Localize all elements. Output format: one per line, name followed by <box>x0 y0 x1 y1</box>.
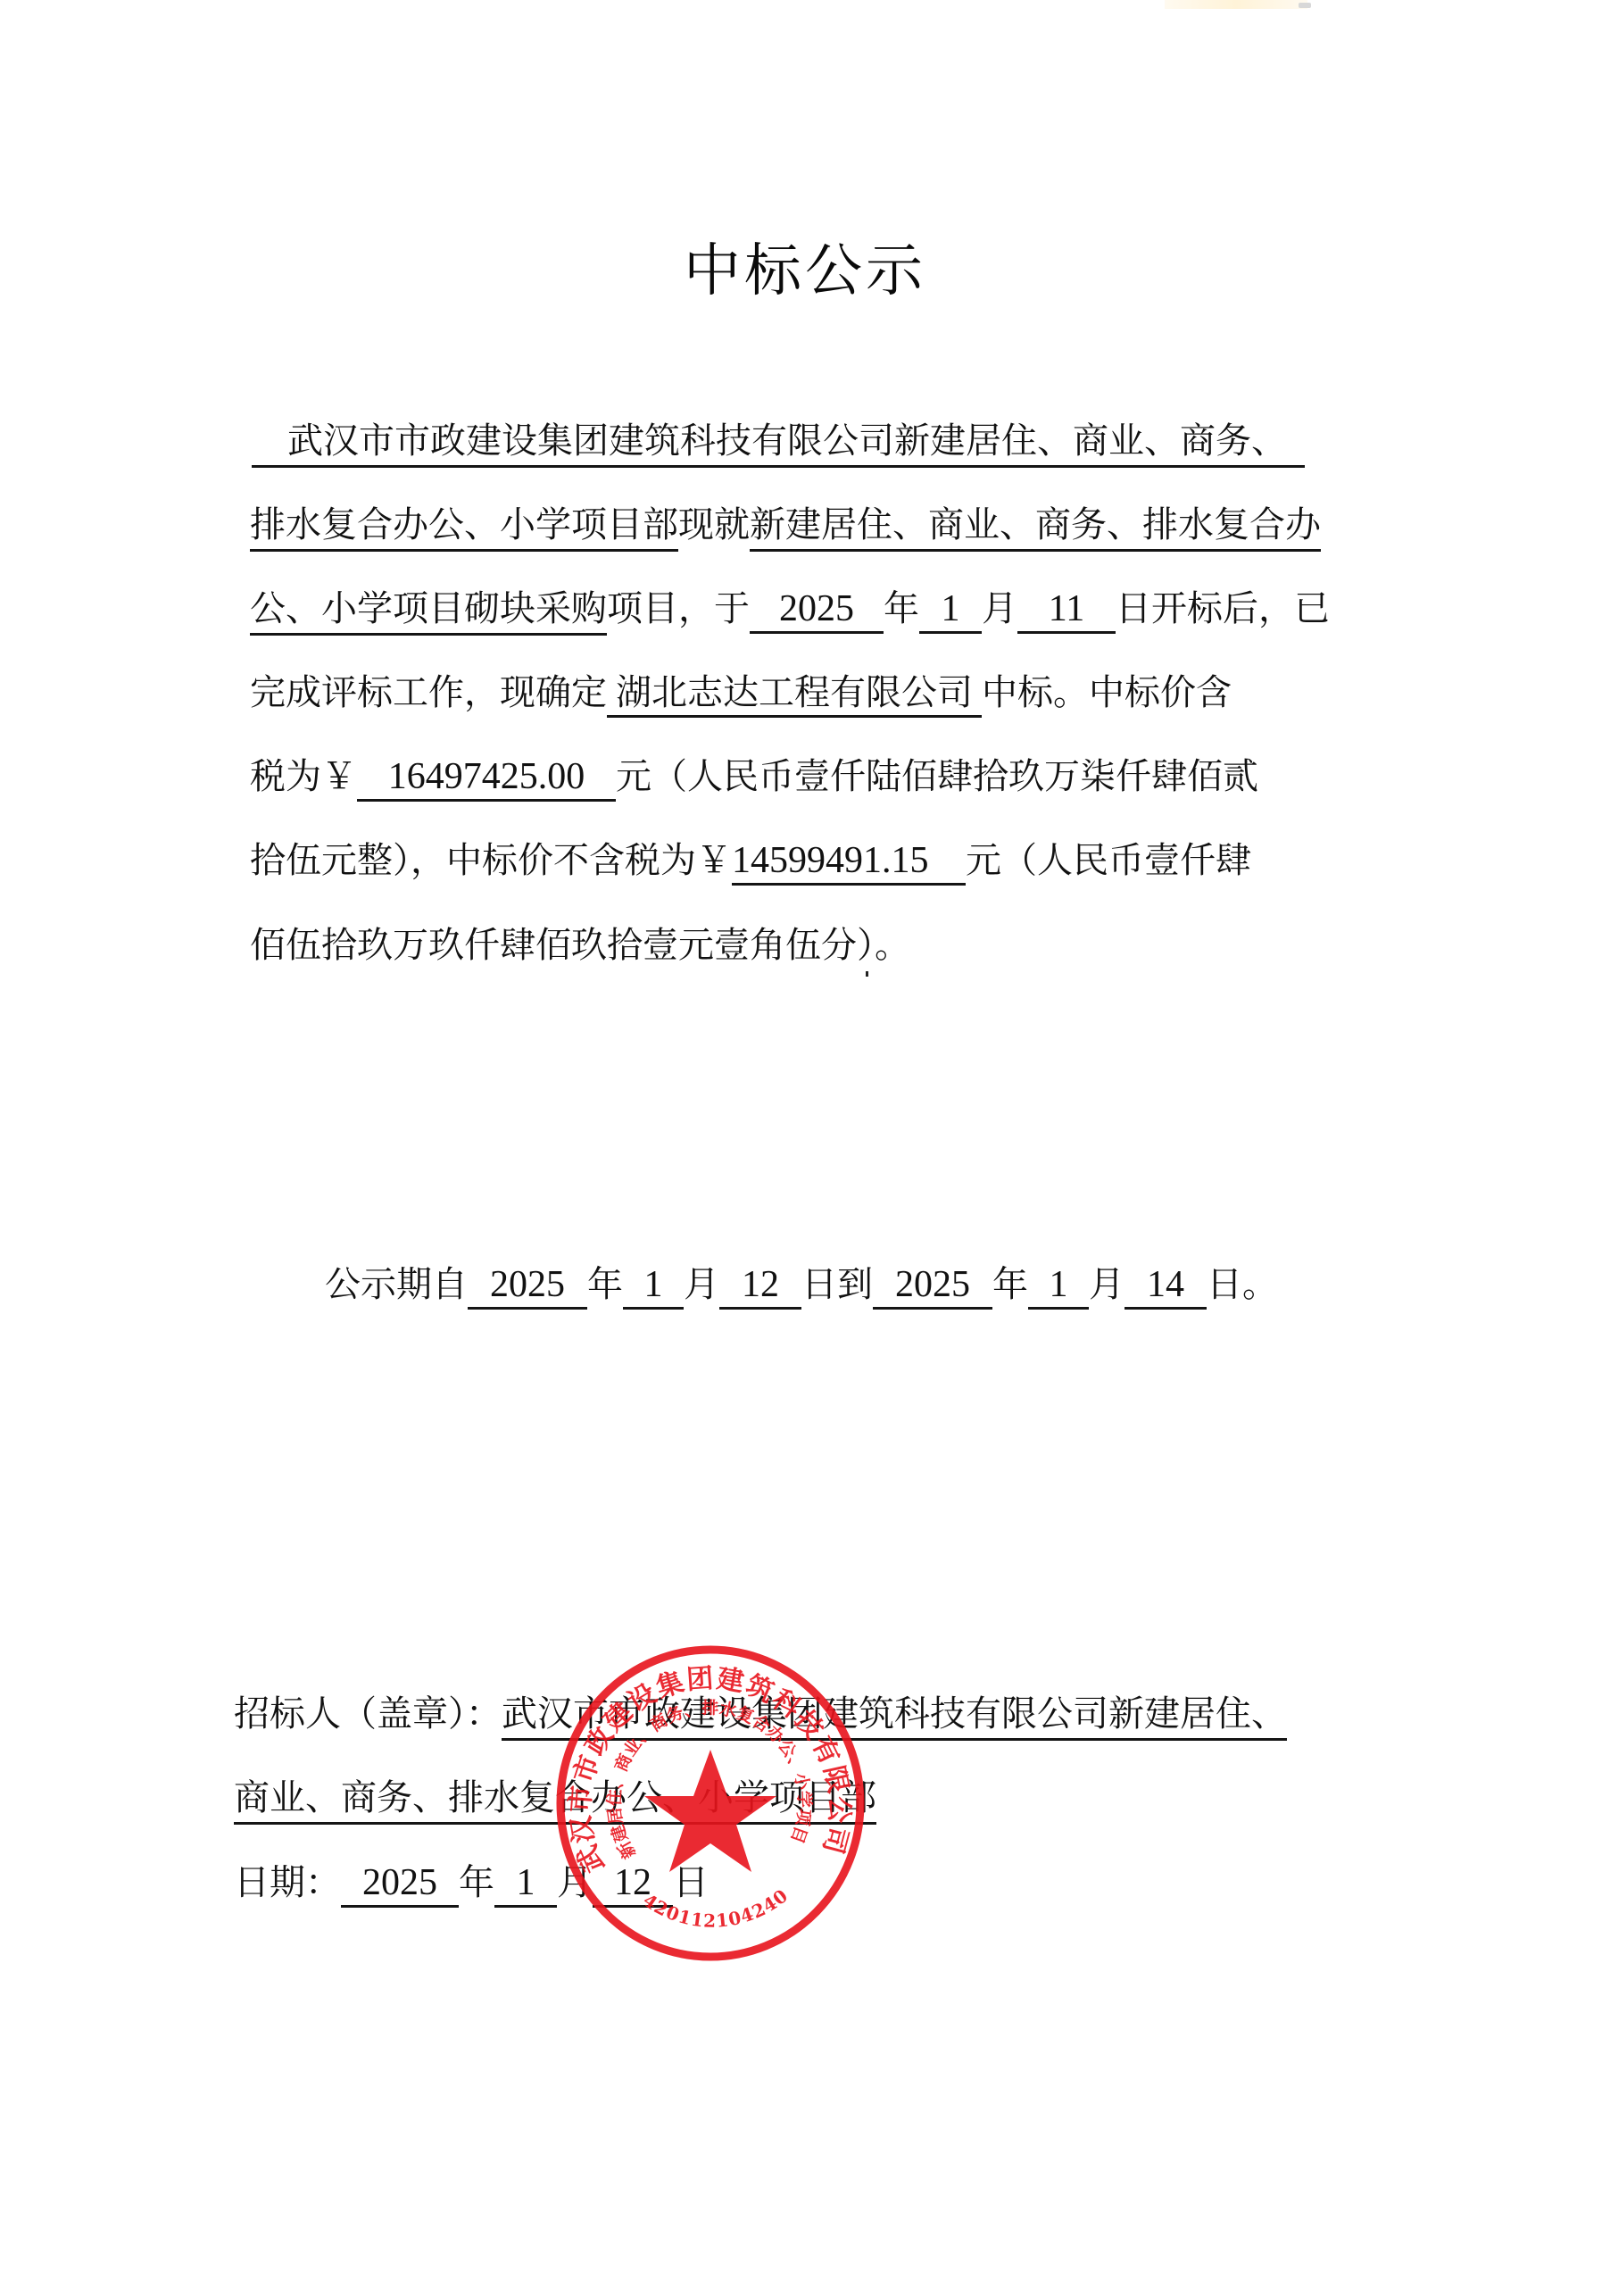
scan-edge-artifact <box>1165 0 1307 9</box>
page-title: 中标公示 <box>0 225 1610 307</box>
seal-graphic: 武汉市市政建设集团建筑科技有限公司 新建居住、商业、商务、排水复合办公、小学项目… <box>552 1644 869 1962</box>
project-department-name-part1: 武汉市市政建设集团建筑科技有限公司新建居住、商业、商务、 <box>252 419 1305 468</box>
body-line-5: 税为￥16497425.00元（人民币壹仟陆佰肆拾玖万柒仟肆佰贰 <box>250 752 1258 802</box>
publicity-period-line: 公示期自2025年1月12日到2025年1月14日。 <box>325 1260 1278 1310</box>
text: 税为￥ <box>250 756 357 797</box>
text: 日开标后，已 <box>1116 588 1330 629</box>
text: 日。 <box>1207 1264 1278 1305</box>
body-line-6: 拾伍元整），中标价不含税为￥14599491.15元（人民币壹仟肆 <box>250 836 1251 886</box>
body-line-1: 武汉市市政建设集团建筑科技有限公司新建居住、商业、商务、 <box>252 416 1305 468</box>
body-line-2: 排水复合办公、小学项目部现就新建居住、商业、商务、排水复合办 <box>250 500 1321 552</box>
text: 公示期自 <box>325 1264 468 1305</box>
start-year: 2025 <box>468 1262 587 1310</box>
text: 年 <box>884 588 919 629</box>
blank <box>252 420 287 462</box>
body-line-4: 完成评标工作，现确定湖北志达工程有限公司中标。中标价含 <box>250 668 1232 718</box>
text: 完成评标工作，现确定 <box>250 672 607 713</box>
text: 日到 <box>801 1264 873 1305</box>
amount-without-tax: 14599491.15 <box>732 838 966 886</box>
text: 现就 <box>678 504 750 545</box>
sign-year: 2025 <box>341 1860 459 1908</box>
body-line-3: 公、小学项目砌块采购项目，于2025年1月11日开标后，已 <box>250 584 1330 636</box>
text: 中标。中标价含 <box>982 672 1232 713</box>
text: 项目，于 <box>607 588 750 629</box>
end-year: 2025 <box>873 1262 992 1310</box>
bid-open-month: 1 <box>919 586 982 634</box>
bid-open-year: 2025 <box>750 586 884 634</box>
bid-open-day: 11 <box>1017 586 1116 634</box>
text: 月 <box>1089 1264 1125 1305</box>
text: 佰伍拾玖万玖仟肆佰玖拾壹元壹角伍分）。 <box>250 925 910 966</box>
official-seal: 武汉市市政建设集团建筑科技有限公司 新建居住、商业、商务、排水复合办公、小学项目… <box>552 1644 869 1962</box>
end-day: 14 <box>1125 1262 1207 1310</box>
date-label: 日期： <box>234 1862 341 1903</box>
text: 月 <box>684 1264 719 1305</box>
tenderer-label: 招标人（盖章）： <box>234 1693 502 1734</box>
scan-speck <box>866 971 868 977</box>
project-name-part2: 公、小学项目砌块采购 <box>250 586 607 636</box>
text: 月 <box>982 588 1017 629</box>
text: 元（人民币壹仟陆佰肆拾玖万柒仟肆佰贰 <box>616 756 1258 797</box>
text: 拾伍元整），中标价不含税为￥ <box>250 840 732 881</box>
winning-bidder: 湖北志达工程有限公司 <box>607 670 982 718</box>
end-month: 1 <box>1028 1262 1089 1310</box>
start-month: 1 <box>623 1262 684 1310</box>
sign-month: 1 <box>494 1860 557 1908</box>
text: 年 <box>587 1264 623 1305</box>
body-line-7: 佰伍拾玖万玖仟肆佰玖拾壹元壹角伍分）。 <box>250 920 910 970</box>
project-name-part1: 新建居住、商业、商务、排水复合办 <box>750 503 1321 552</box>
start-day: 12 <box>719 1262 801 1310</box>
text: 年 <box>992 1264 1028 1305</box>
amount-with-tax: 16497425.00 <box>357 754 616 802</box>
project-department-name-part2: 排水复合办公、小学项目部 <box>250 503 678 552</box>
text: 武汉市市政建设集团建筑科技有限公司新建居住、商业、商务、 <box>287 420 1287 462</box>
scan-edge-mark <box>1299 3 1311 8</box>
text: 年 <box>459 1862 494 1903</box>
text: 元（人民币壹仟肆 <box>966 840 1251 881</box>
red-star-icon <box>644 1750 776 1872</box>
